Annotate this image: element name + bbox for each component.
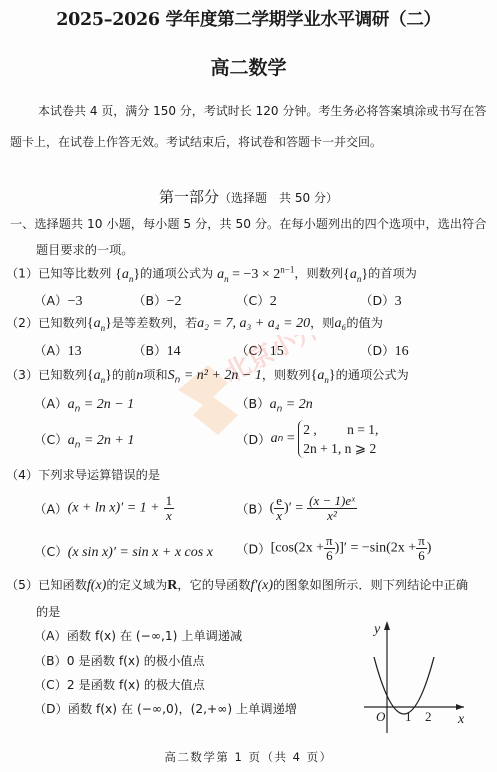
q2-option-b[interactable]: （B）14 [133,341,181,360]
q4-option-d[interactable]: （D）[cos(2x +π6)]′ = −sin(2x +π6) [236,534,431,563]
q2-option-a[interactable]: （A）13 [34,341,82,360]
question-5-stem: （5）已知函数f(x)的定义域为R，它的导函数f′(x)的图象如图所示．则下列结… [6,576,468,594]
q5-option-b[interactable]: （B）0 是函数 f(x) 的极小值点 [34,652,205,669]
svg-text:y: y [372,622,381,637]
q1-option-d[interactable]: （D）3 [360,291,402,310]
parabola-curve [374,657,434,714]
exam-title: 2025–2026 学年度第二学期学业水平调研（二） [0,6,497,31]
exam-subject: 高二数学 [0,53,497,80]
q5-option-a[interactable]: （A）函数 f(x) 在 (−∞,1) 上单调递减 [34,627,242,644]
q4-option-a[interactable]: （A）(x + ln x)′ = 1 + 1x [34,494,174,523]
q2-option-c[interactable]: （C）15 [236,341,284,360]
page-footer: 高二数学第 1 页（共 4 页） [0,749,497,765]
section-title: 第一部分 [159,188,219,206]
q5-option-c[interactable]: （C）2 是函数 f(x) 的极大值点 [34,676,205,693]
svg-text:2: 2 [425,709,432,724]
question-3-stem: （3）已知数列{an}的前n项和Sn = n² + 2n − 1，则数列{an}… [6,366,409,385]
question-2-stem: （2）已知数列{an}是等差数列，若a₂ = 7, a₃ + a₄ = 20，则… [6,314,383,333]
instruction-line-2: 题目要求的一项。 [36,241,134,258]
q3-option-d[interactable]: （D）an = 2 , n = 1,2n + 1, n ⩾ 2 [236,420,378,458]
notice-line-2: 题卡上，在试卷上作答无效。考试结束后，将试卷和答题卡一并交回。 [10,133,382,150]
instruction-line-1: 一、选择题共 10 小题，每小题 5 分，共 50 分。在每小题列出的四个选项中… [10,215,486,232]
q1-option-c[interactable]: （C）2 [236,291,277,310]
q1-option-a[interactable]: （A）−3 [34,291,82,310]
q5-option-d[interactable]: （D）函数 f(x) 在 (−∞,0)，(2,+∞) 上单调递增 [34,700,297,717]
q4-option-b[interactable]: （B）(ex)′ = (x − 1)eˣx² [236,494,357,523]
svg-text:1: 1 [405,709,412,724]
question-1-stem: （1）已知等比数列 {an}的通项公式为 an = −3 × 2n−1，则数列{… [6,264,417,283]
q4-option-c[interactable]: （C）(x sin x)′ = sin x + x cos x [34,542,213,561]
q3-option-c[interactable]: （C）an = 2n + 1 [34,430,134,451]
svg-text:x: x [457,712,465,727]
question-4-stem: （4）下列求导运算错误的是 [6,466,160,483]
notice-line-1: 本试卷共 4 页，满分 150 分，考试时长 120 分钟。考生务必将答案填涂或… [38,102,486,119]
svg-text:O: O [376,709,386,724]
q3-option-a[interactable]: （A）an = 2n − 1 [34,394,134,415]
formula: an = −3 × 2n−1 [217,267,294,282]
question-5-stem-cont: 的是 [36,603,60,620]
derivative-graph: y x O 1 2 [352,615,472,740]
section-heading: 第一部分（选择题 共 50 分） [0,186,497,207]
section-subtitle: （选择题 共 50 分） [219,191,338,205]
q3-option-b[interactable]: （B）an = 2n [236,394,313,415]
q2-option-d[interactable]: （D）16 [360,341,409,360]
q1-option-b[interactable]: （B）−2 [133,291,181,310]
